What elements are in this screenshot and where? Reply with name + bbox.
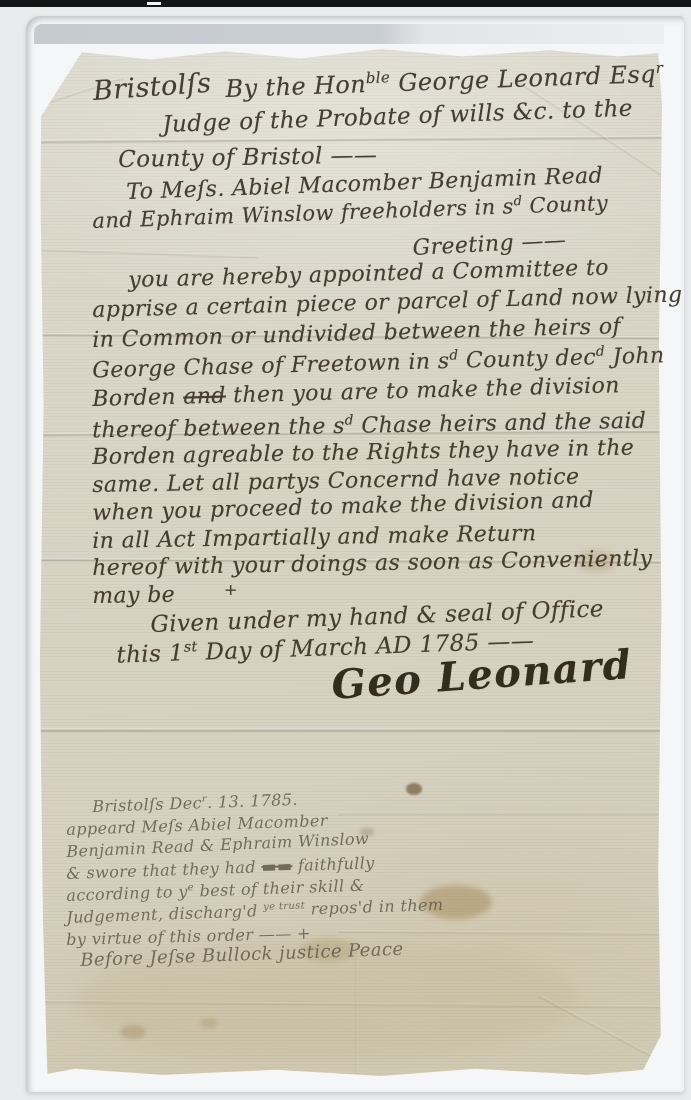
fold-crease [38,248,258,260]
scan-edge-bar [0,0,691,7]
fold-crease [338,812,662,816]
ink-stain [406,783,422,795]
scan-edge-notch [147,2,161,5]
sleeve-top-shadow [34,24,664,44]
fold-crease [338,930,662,936]
manuscript-line: + [224,580,238,599]
photo-of-document: BristolſsBy the Honble George Leonard Es… [0,0,691,1100]
fold-crease [38,728,662,733]
manuscript-line: may be [92,583,175,609]
manuscript-line: County of Bristol —— [118,142,378,173]
